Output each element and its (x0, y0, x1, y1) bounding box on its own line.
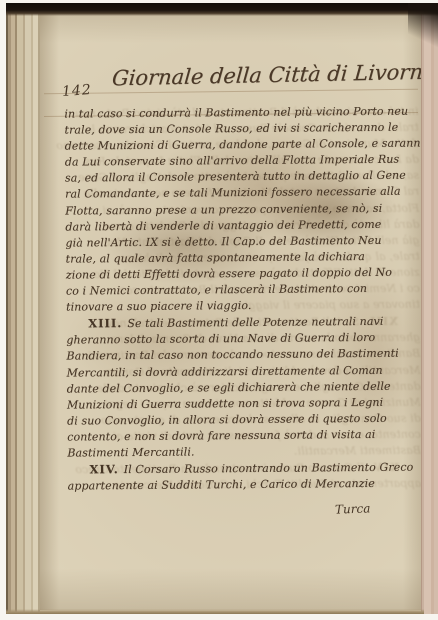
paragraph-numeral: XIII. (88, 316, 127, 330)
ruled-line (44, 89, 418, 95)
page-number: 142 (61, 82, 92, 100)
page-title: Giornale della Città di Livorno (111, 60, 433, 91)
manuscript-line: già nell'Artic. IX si è detto. Il Cap.o … (65, 232, 419, 251)
manuscript-page: 142 Giornale della Città di Livorno in t… (40, 13, 422, 610)
manuscript-line: appartenente ai Sudditi Turchi, e Carico… (68, 476, 422, 495)
book-top-edge (6, 3, 438, 16)
paragraph-numeral: XIV. (89, 462, 123, 476)
scan-frame: 142 Giornale della Città di Livorno in t… (0, 0, 438, 620)
manuscript-line: contento, e non si dovrà fare nessuna so… (67, 426, 421, 445)
catchword: Turca (334, 501, 370, 516)
page-edge-right (421, 11, 438, 614)
manuscript-line: co i Nemici contrattato, e rilascerà il … (66, 280, 420, 299)
book-top-right-shadow (408, 3, 438, 49)
book-photo: 142 Giornale della Città di Livorno in t… (6, 3, 438, 614)
page-bottom-fold (6, 609, 424, 614)
text-block: in tal caso si condurrà il Bastimento ne… (64, 103, 421, 494)
page-edges-left (6, 3, 40, 614)
